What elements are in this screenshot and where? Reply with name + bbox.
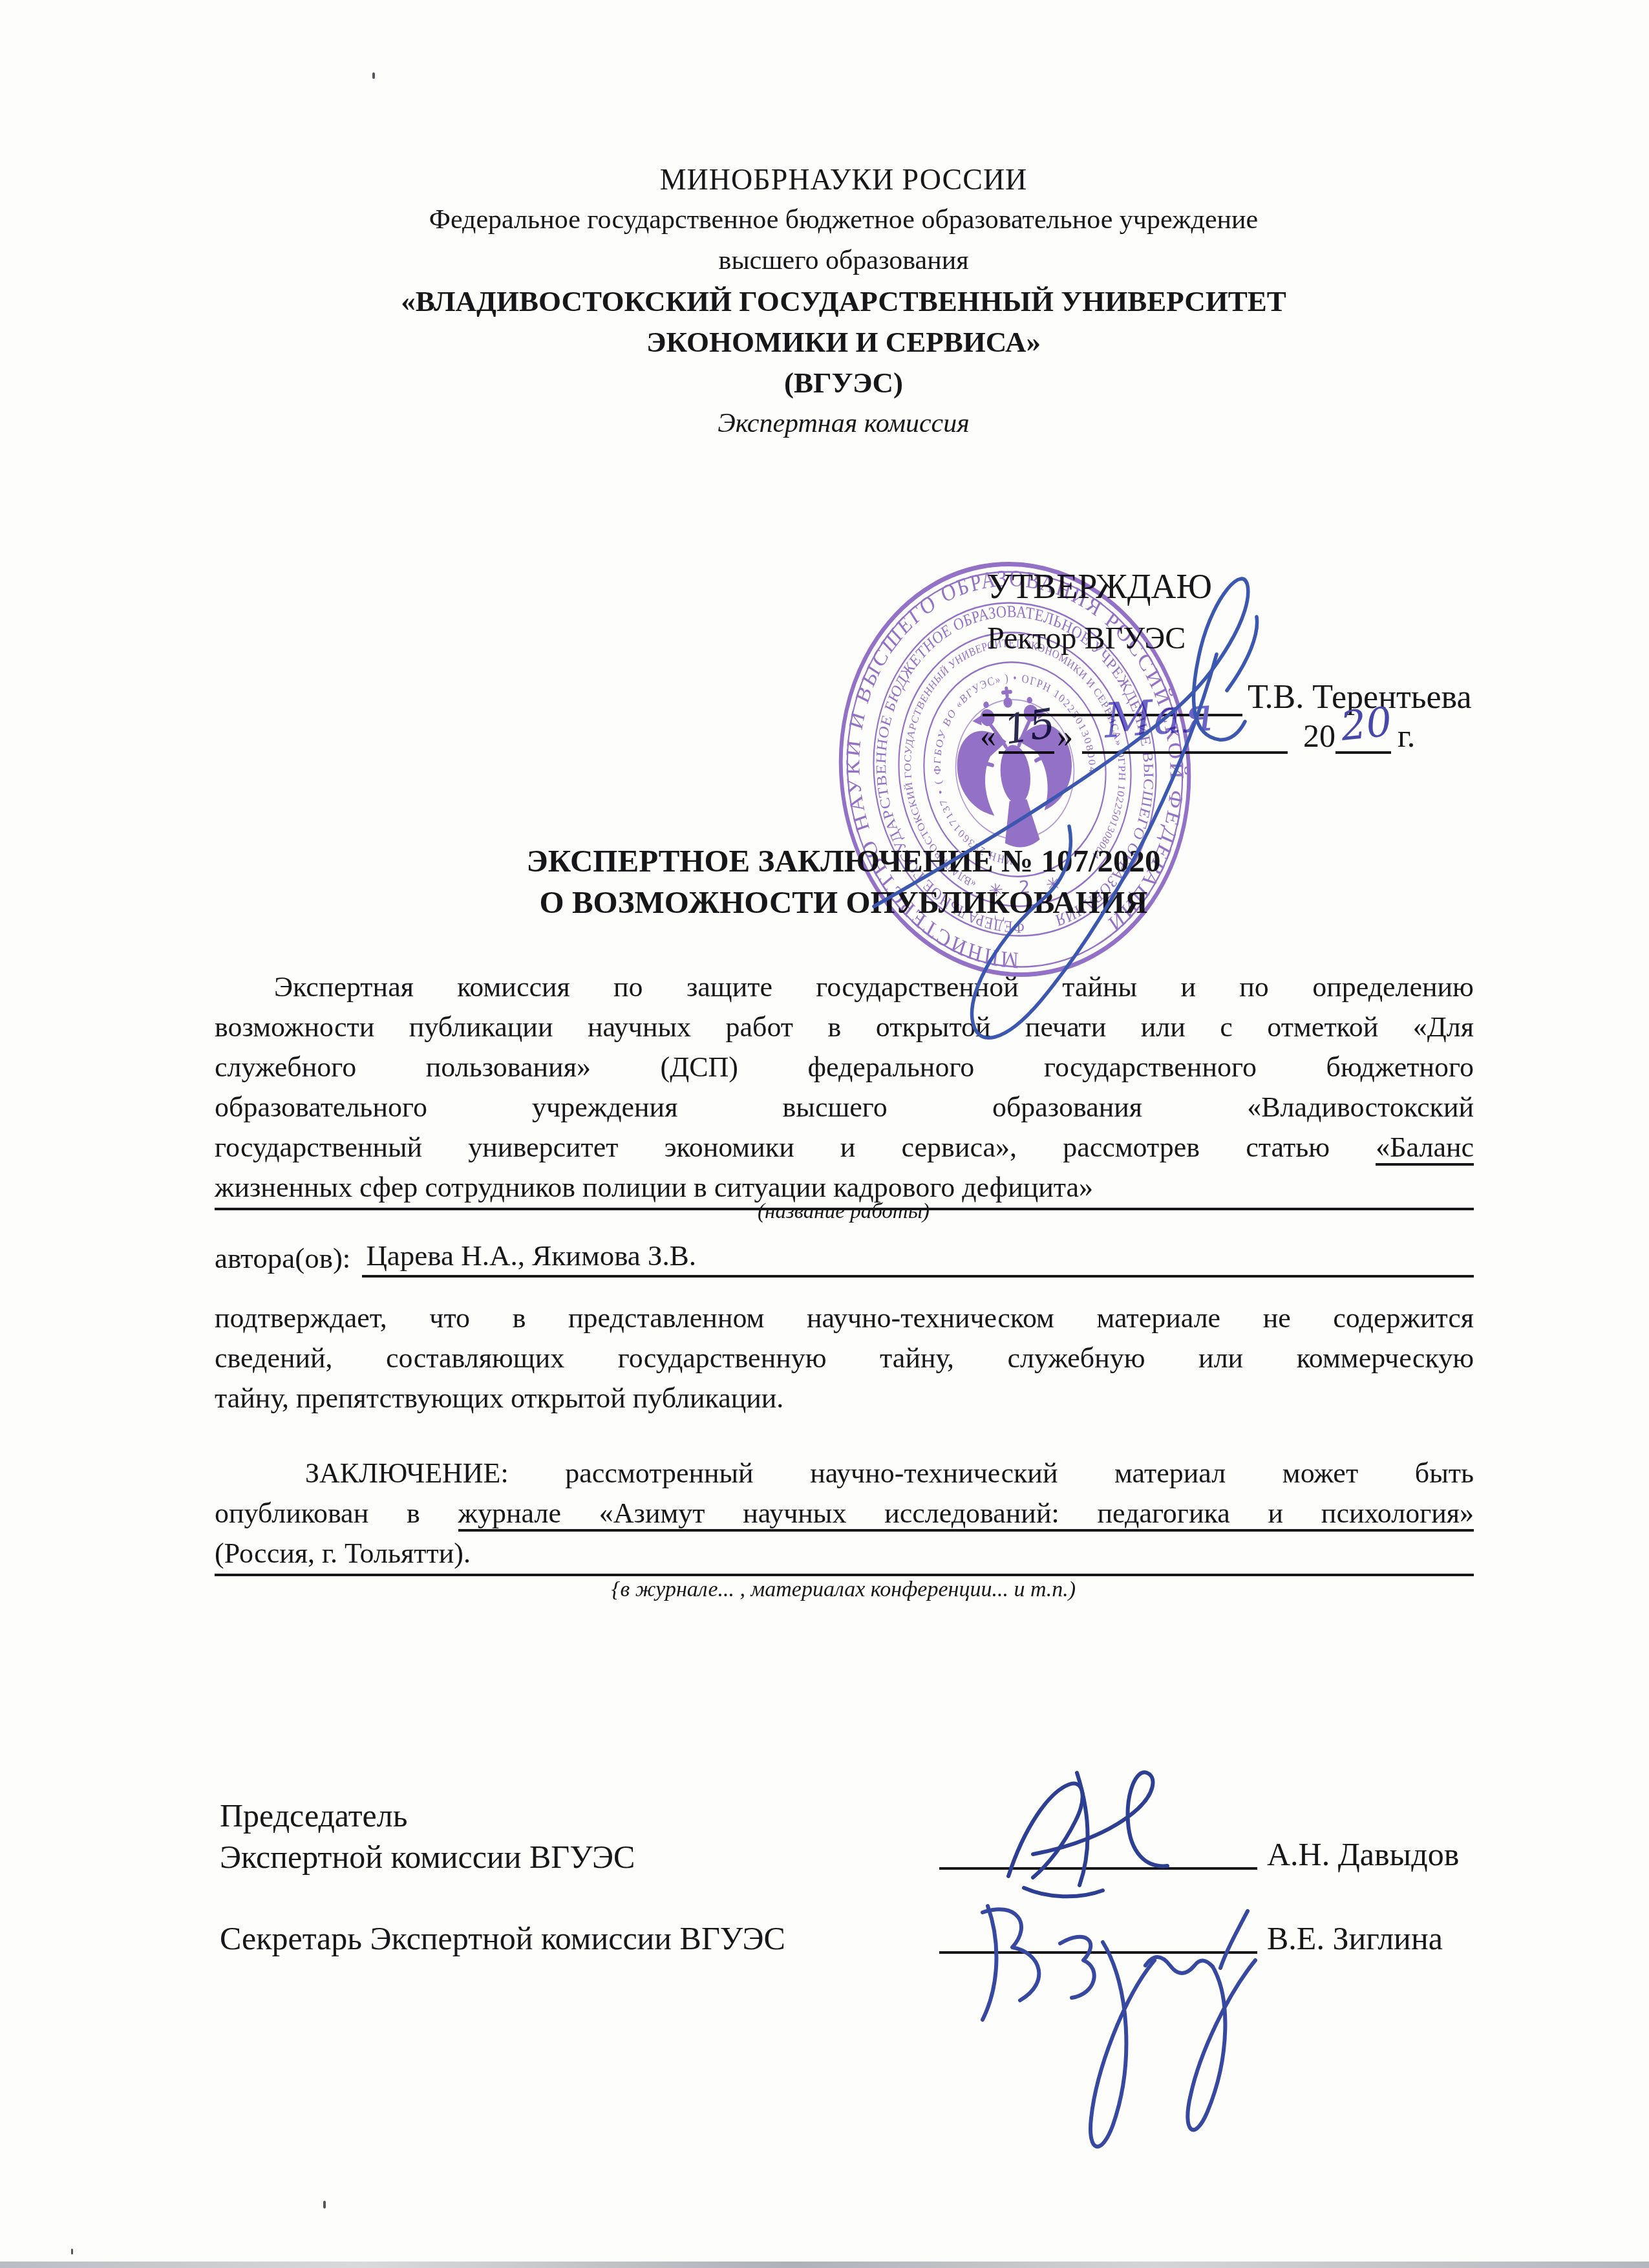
university-abbr: (ВГУЭС)	[213, 363, 1474, 403]
university-name-line1: «ВЛАДИВОСТОКСКИЙ ГОСУДАРСТВЕННЫЙ УНИВЕРС…	[213, 281, 1474, 322]
seal-center-mark: ✳ 2 ✳	[988, 873, 1067, 901]
conclusion-line2: опубликован в журнале «Азимут научных ис…	[215, 1493, 1474, 1534]
blank-underline	[471, 1574, 1474, 1576]
conclusion-line1: ЗАКЛЮЧЕНИЕ: рассмотренный научно-техниче…	[215, 1453, 1474, 1493]
scan-speck	[71, 2249, 73, 2254]
text-line: тайну, препятствующих открытой публикаци…	[215, 1378, 1474, 1418]
university-round-seal: МИНИСТЕРСТВО НАУКИ И ВЫСШЕГО ОБРАЗОВАНИЯ…	[795, 546, 1248, 999]
journal-name: журнале «Азимут научных исследований: пе…	[458, 1497, 1474, 1532]
text-line: подтверждает, что в представленном научн…	[215, 1298, 1474, 1338]
authors-row: автора(ов): Царева Н.А., Якимова З.В.	[215, 1236, 1474, 1278]
chairman-title-line1: Председатель	[220, 1795, 635, 1836]
university-name-line2: ЭКОНОМИКИ И СЕРВИСА»	[213, 322, 1474, 363]
scan-bottom-edge	[0, 2262, 1649, 2268]
chairman-title-line2: Экспертной комиссии ВГУЭС	[220, 1836, 635, 1878]
scan-speck	[372, 72, 375, 79]
chairman-signature-line	[939, 1831, 1257, 1870]
paragraph-lines: подтверждает, что в представленном научн…	[215, 1298, 1474, 1418]
text-line: служебного пользования» (ДСП) федерально…	[215, 1047, 1474, 1087]
letterhead: МИНОБРНАУКИ РОССИИ Федеральное государст…	[213, 159, 1474, 444]
journal-caption: {в журнале... , материалах конференции..…	[213, 1578, 1474, 1602]
conclusion-line2-pre: опубликован в	[215, 1497, 458, 1529]
date-year-blank: 20	[1335, 715, 1391, 754]
secretary-title: Секретарь Экспертной комиссии ВГУЭС	[220, 1918, 785, 1959]
paragraph-conclusion: ЗАКЛЮЧЕНИЕ: рассмотренный научно-техниче…	[215, 1453, 1474, 1576]
secretary-signature-line	[939, 1915, 1257, 1954]
text-line: возможности публикации научных работ в о…	[215, 1007, 1474, 1047]
document-page: МИНОБРНАУКИ РОССИИ Федеральное государст…	[0, 0, 1649, 2268]
blank-underline	[703, 1275, 1474, 1278]
authors-label: автора(ов):	[215, 1239, 350, 1278]
paragraph-confirmation: подтверждает, что в представленном научн…	[215, 1298, 1474, 1418]
article-title-part1: «Баланс	[1376, 1131, 1474, 1166]
secretary-name: В.Е. Зиглина	[1267, 1918, 1443, 1959]
conclusion-line3: (Россия, г. Тольятти).	[215, 1534, 1474, 1576]
org-name-line2: высшего образования	[213, 241, 1474, 281]
year-prefix: 20	[1303, 718, 1335, 754]
year-unit: г.	[1398, 718, 1415, 754]
text-line: образовательного учреждения высшего обра…	[215, 1087, 1474, 1128]
commission-name: Экспертная комиссия	[213, 403, 1474, 444]
handwritten-year: 20	[1339, 703, 1393, 745]
paragraph-commission: Экспертная комиссия по защите государств…	[215, 967, 1474, 1210]
chairman-name: А.Н. Давыдов	[1267, 1834, 1459, 1875]
org-name-line1: Федеральное государственное бюджетное об…	[213, 200, 1474, 241]
work-title-caption: (название работы)	[213, 1200, 1474, 1224]
chairman-title: Председатель Экспертной комиссии ВГУЭС	[220, 1795, 635, 1878]
line5-text: государственный университет экономики и …	[215, 1131, 1376, 1163]
text-line: сведений, составляющих государственную т…	[215, 1338, 1474, 1378]
paragraph-line5: государственный университет экономики и …	[215, 1128, 1474, 1168]
journal-location: (Россия, г. Тольятти).	[215, 1534, 471, 1576]
ministry-name: МИНОБРНАУКИ РОССИИ	[213, 159, 1474, 200]
scan-speck	[323, 2201, 326, 2209]
authors-value: Царева Н.А., Якимова З.В.	[362, 1236, 703, 1278]
double-headed-eagle-emblem	[950, 682, 1080, 853]
